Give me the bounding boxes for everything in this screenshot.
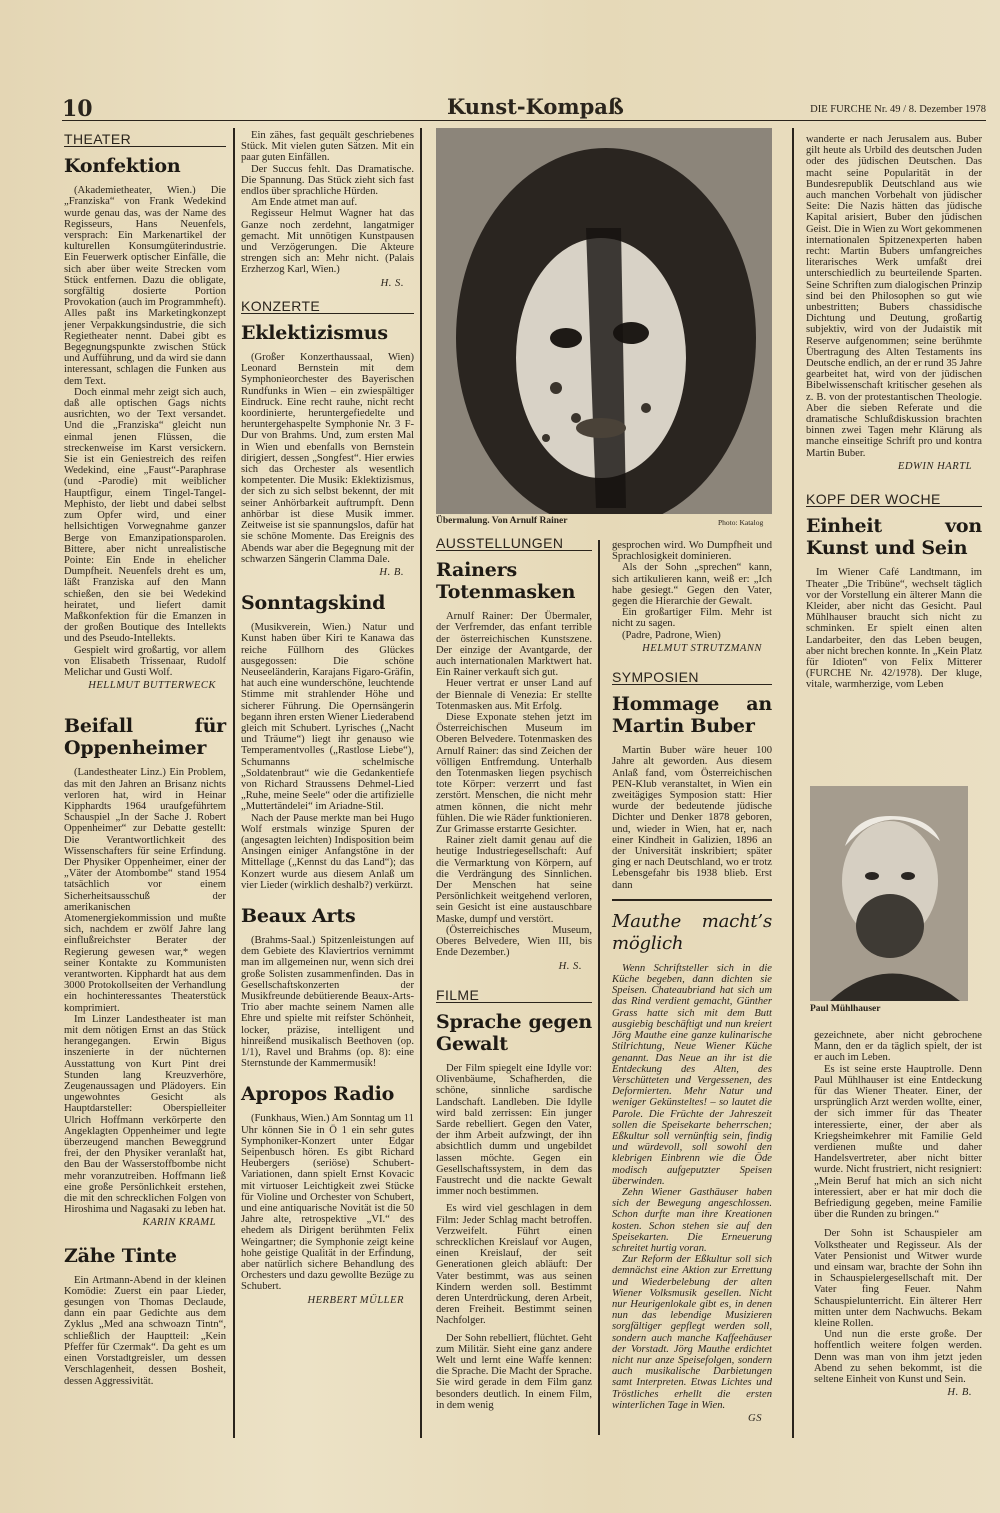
paragraph: Es wird viel geschlagen in dem Film: Jed… — [436, 1203, 592, 1326]
issue-line: DIE FURCHE Nr. 49 / 8. Dezember 1978 — [810, 104, 986, 115]
byline: HERBERT MÜLLER — [241, 1295, 404, 1306]
byline: KARIN KRAML — [64, 1217, 216, 1228]
headline-hommage-buber: Hommage an Martin Buber — [612, 693, 772, 737]
headline-sonntagskind: Sonntagskind — [241, 592, 414, 614]
byline: H. B. — [241, 567, 404, 578]
section-ausstellungen: Ausstellungen — [436, 538, 592, 551]
paragraph: Martin Buber wäre heuer 100 Jahre alt ge… — [612, 745, 772, 891]
mauthe-body: Wenn Schriftsteller sich in die Küche be… — [612, 963, 772, 1411]
headline-totenmasken: Rainers Totenmasken — [436, 559, 592, 603]
paragraph: (Großer Konzerthaussaal, Wien) Leonard B… — [241, 352, 414, 565]
section-symposien: Symposien — [612, 672, 772, 685]
portrait-image — [810, 786, 968, 1001]
column-divider — [598, 540, 600, 1435]
paragraph: Es ist seine erste Hauptrolle. Denn Paul… — [814, 1064, 982, 1221]
section-konzerte: Konzerte — [241, 301, 414, 314]
paragraph: (Landestheater Linz.) Ein Problem, das m… — [64, 767, 226, 1013]
photo-paul-muehlhauser — [810, 786, 968, 1001]
headline-apropos-radio: Apropos Radio — [241, 1083, 414, 1105]
headline-konfektion: Konfektion — [64, 155, 226, 177]
paragraph: Regisseur Helmut Wagner hat das Ganze no… — [241, 208, 414, 275]
photo-caption: Übermalung. Von Arnulf Rainer — [436, 516, 567, 526]
face-overpainting-image — [436, 128, 772, 514]
byline: GS — [612, 1413, 762, 1424]
paragraph: Nach der Pause merkte man bei Hugo Wolf … — [241, 813, 414, 891]
headline-oppenheimer: Beifall für Oppenheimer — [64, 715, 226, 759]
paragraph: Im Wiener Café Landtmann, im Theater „Di… — [806, 567, 982, 690]
column-4: gesprochen wird. Wo Dumpfheit und Sprach… — [612, 540, 772, 1424]
section-kopf-der-woche: Kopf der Woche — [806, 494, 982, 507]
newspaper-page: 10 Kunst-Kompaß DIE FURCHE Nr. 49 / 8. D… — [0, 0, 1000, 1513]
byline: EDWIN HARTL — [806, 461, 972, 472]
paragraph: Zur Reform der Eßkultur soll sich demnäc… — [612, 1254, 772, 1411]
paragraph: gesprochen wird. Wo Dumpfheit und Sprach… — [612, 540, 772, 562]
headline-zaehe-tinte: Zähe Tinte — [64, 1245, 226, 1267]
paragraph: (Brahms-Saal.) Spitzenleistungen auf dem… — [241, 935, 414, 1069]
byline: H. S. — [436, 961, 582, 972]
masthead: Kunst-Kompaß — [447, 94, 624, 119]
paragraph: Im Linzer Landestheater ist man mit dem … — [64, 1014, 226, 1216]
paragraph: Der Film spiegelt eine Idylle vor: Olive… — [436, 1063, 592, 1197]
paragraph: Zehn Wiener Gasthäuser haben sich der Be… — [612, 1187, 772, 1254]
photo-caption: Paul Mühlhauser — [810, 1004, 880, 1014]
paragraph: Diese Exponate stehen jetzt im Österreic… — [436, 712, 592, 835]
page-number: 10 — [62, 96, 93, 122]
byline: H. S. — [241, 278, 404, 289]
paragraph: (Akademietheater, Wien.) Die „Franziska“… — [64, 185, 226, 387]
paragraph: Als der Sohn „sprechen“ kann, sich artik… — [612, 562, 772, 607]
paragraph: Wenn Schriftsteller sich in die Küche be… — [612, 963, 772, 1187]
column-5: wanderte er nach Jerusalem aus. Buber gi… — [806, 134, 982, 691]
paragraph: Rainer zielt damit genau auf die heutige… — [436, 835, 592, 925]
paragraph: (Funkhaus, Wien.) Am Sonntag um 11 Uhr k… — [241, 1113, 414, 1292]
paragraph: (Österreichisches Museum, Oberes Belvede… — [436, 925, 592, 959]
headline-beaux-arts: Beaux Arts — [241, 905, 414, 927]
paragraph: (Musikverein, Wien.) Natur und Kunst hab… — [241, 622, 414, 812]
paragraph: Arnulf Rainer: Der Übermaler, der Verfre… — [436, 611, 592, 678]
headline-eklektizismus: Eklektizismus — [241, 322, 414, 344]
paragraph: Ein zähes, fast gequält geschriebenes St… — [241, 130, 414, 164]
paragraph: gezeichnete, aber nicht gebrochene Mann,… — [814, 1030, 982, 1064]
paragraph: Am Ende atmet man auf. — [241, 197, 414, 208]
paragraph: Doch einmal mehr zeigt sich auch, daß al… — [64, 387, 226, 645]
column-1: Theater Konfektion (Akademietheater, Wie… — [64, 128, 226, 1387]
paragraph: wanderte er nach Jerusalem aus. Buber gi… — [806, 134, 982, 459]
photo-rainer-uebermalung — [436, 128, 772, 514]
photo-credit: Photo: Katalog — [718, 518, 763, 527]
column-divider — [420, 128, 422, 1438]
paragraph: Der Succus fehlt. Das Dramatische. Die S… — [241, 164, 414, 198]
paragraph: Ein großartiger Film. Mehr ist nicht zu … — [612, 607, 772, 629]
headline-einheit: Einheit von Kunst und Sein — [806, 515, 982, 559]
headline-mauthe: Mauthe macht’s möglich — [612, 911, 772, 955]
paragraph: Gespielt wird großartig, vor allem von E… — [64, 645, 226, 679]
column-2: Ein zähes, fast gequält geschriebenes St… — [241, 130, 414, 1306]
page-header: 10 Kunst-Kompaß DIE FURCHE Nr. 49 / 8. D… — [62, 98, 986, 121]
divider — [612, 899, 772, 901]
column-divider — [792, 128, 794, 1438]
paragraph: Heuer vertrat er unser Land auf der Bien… — [436, 678, 592, 712]
headline-sprache-gegen-gewalt: Sprache gegen Gewalt — [436, 1011, 592, 1055]
byline: H. B. — [814, 1387, 972, 1398]
paragraph: Ein Artmann-Abend in der kleinen Komödie… — [64, 1275, 226, 1387]
section-filme: Filme — [436, 990, 592, 1003]
byline: HELMUT STRUTZMANN — [612, 643, 762, 654]
section-theater: Theater — [64, 134, 226, 147]
byline: HELLMUT BUTTERWECK — [64, 680, 216, 691]
paragraph: Der Sohn ist Schauspieler am Volkstheate… — [814, 1228, 982, 1329]
column-divider — [233, 128, 235, 1438]
paragraph: (Padre, Padrone, Wien) — [612, 630, 772, 641]
column-3: Ausstellungen Rainers Totenmasken Arnulf… — [436, 532, 592, 1411]
paragraph: Der Sohn rebelliert, flüchtet. Geht zum … — [436, 1333, 592, 1411]
column-5-lower: gezeichnete, aber nicht gebrochene Mann,… — [814, 1030, 982, 1399]
paragraph: Und nun die erste große. Der hoffentlich… — [814, 1329, 982, 1385]
